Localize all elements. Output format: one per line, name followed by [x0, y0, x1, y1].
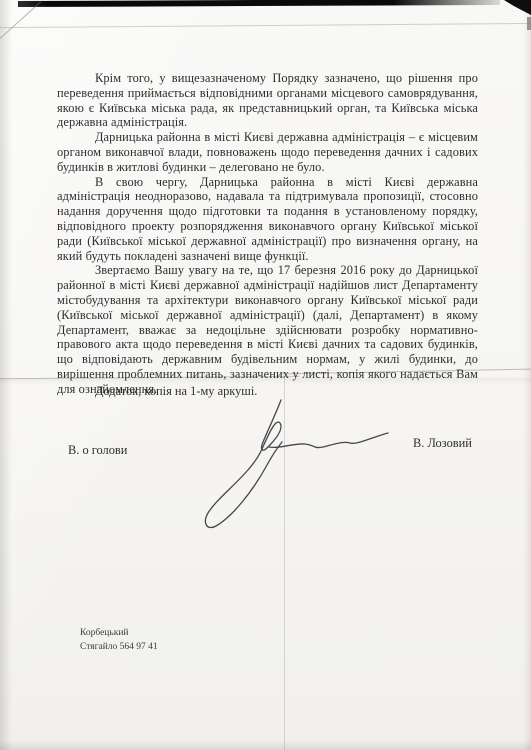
scanner-corner-patch [504, 0, 531, 15]
bottom-edge-shadow [0, 740, 531, 750]
executor-name: Корбецький [80, 627, 158, 641]
signer-name: В. Лозовий [413, 436, 472, 451]
paragraph: Крім того, у вищезазначеному Порядку заз… [57, 71, 478, 130]
executor-footer: Корбецький Стягайло 564 97 41 [80, 627, 158, 654]
top-crease-line [0, 23, 531, 28]
paragraph: Дарницька районна в місті Києві державна… [57, 130, 478, 174]
paragraph: В свою чергу, Дарницька районна в місті … [57, 175, 478, 264]
scanned-letter-page: Крім того, у вищезазначеному Порядку заз… [0, 0, 531, 750]
executor-phone: Стягайло 564 97 41 [80, 641, 158, 655]
scanner-edge-band [18, 0, 500, 7]
left-edge-shadow [0, 0, 12, 750]
paragraph: Звертаємо Вашу увагу на те, що 17 березн… [57, 263, 478, 396]
letter-body: Крім того, у вищезазначеному Порядку заз… [57, 71, 478, 397]
handwritten-signature [185, 397, 397, 555]
signer-position-title: В. о голови [68, 443, 127, 458]
right-edge-shadow [523, 0, 531, 750]
